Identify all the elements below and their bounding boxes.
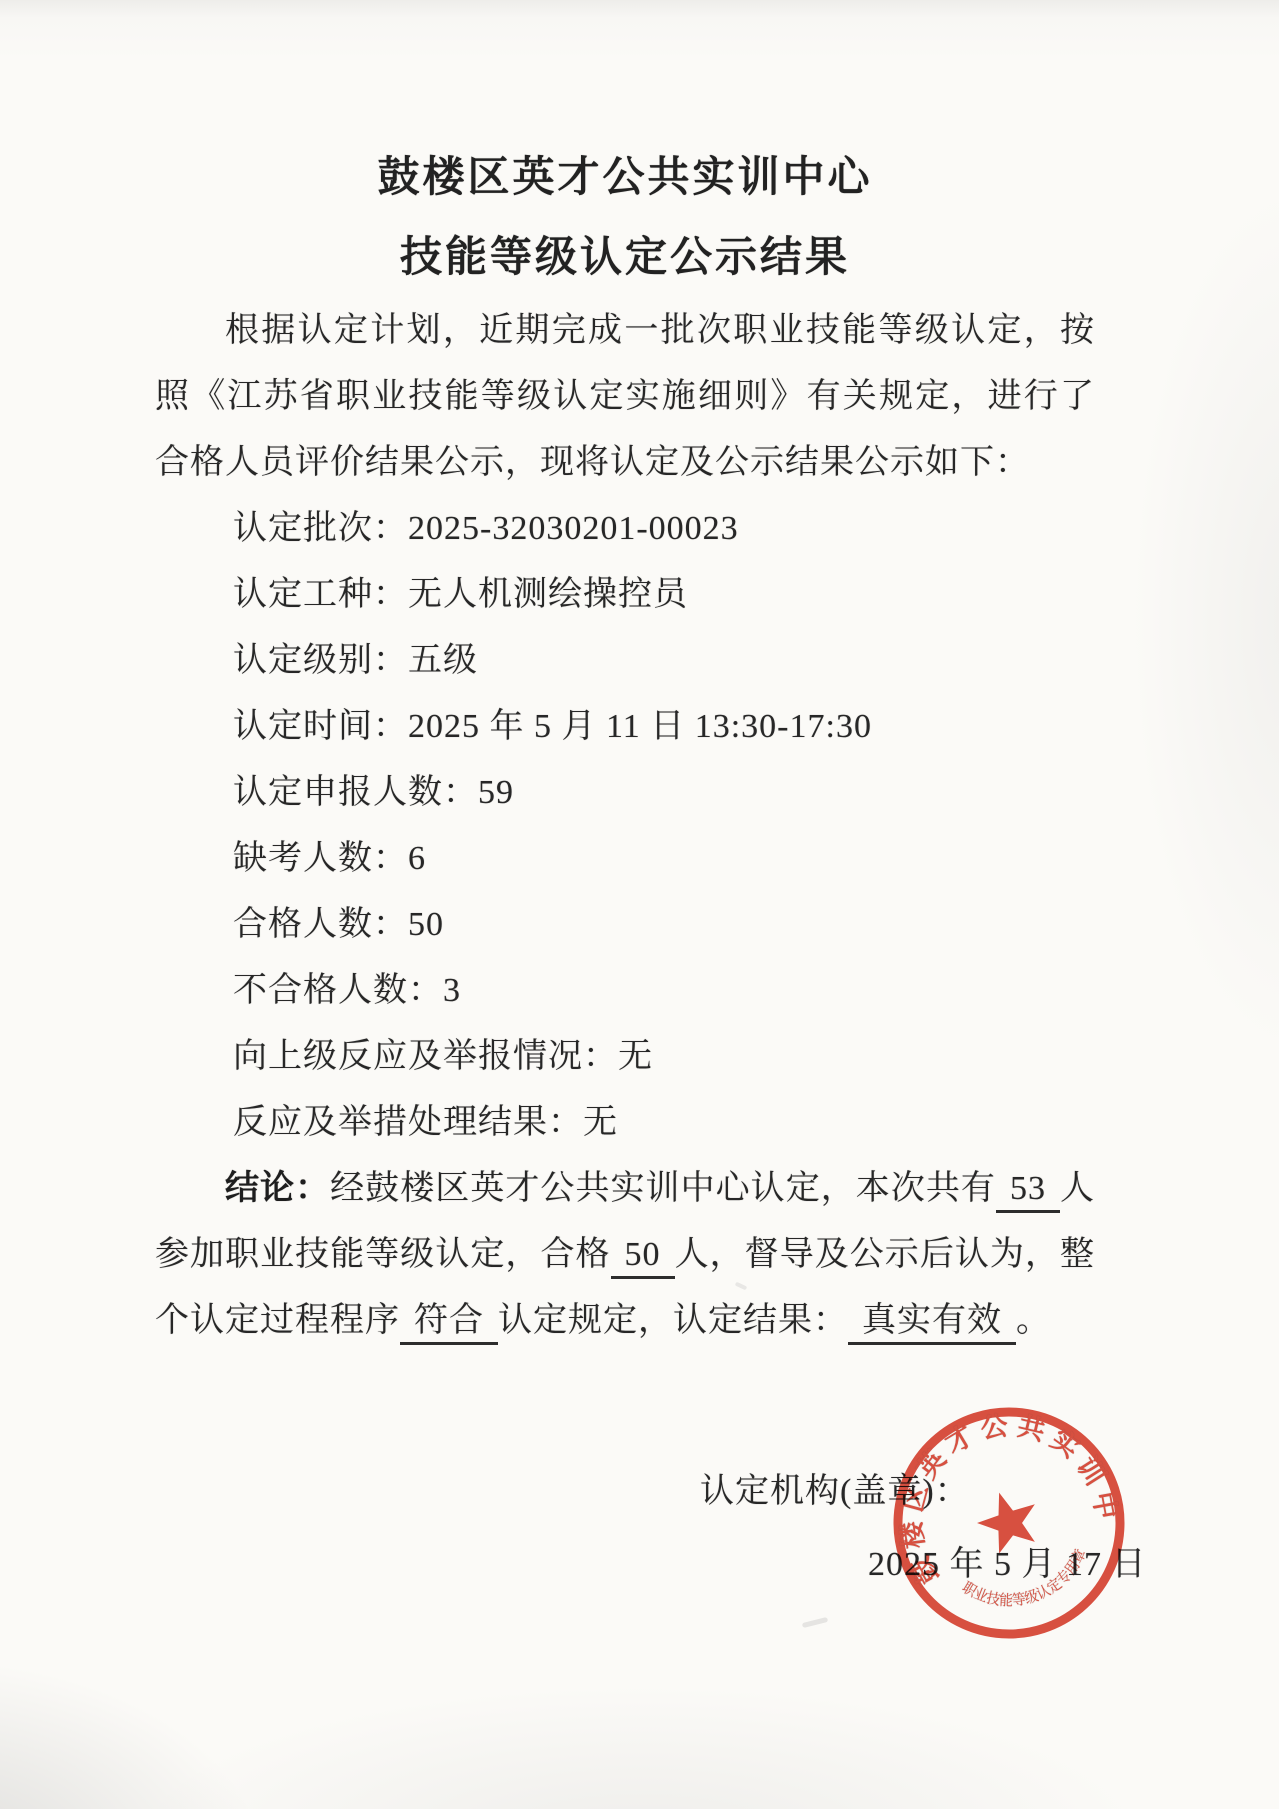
field-row-batch: 认定批次：2025-32030201-00023 bbox=[155, 496, 1095, 562]
field-label: 认定申报人数： bbox=[233, 774, 478, 811]
official-seal: 鼓楼区英才公共实训中心 职业技能等级认定专用章 bbox=[884, 1398, 1134, 1648]
conclusion-blank-passed: 50 bbox=[611, 1236, 675, 1279]
conclusion-lead: 结论： bbox=[225, 1170, 330, 1207]
field-row-time: 认定时间：2025 年 5 月 11 日 13:30-17:30 bbox=[155, 694, 1095, 760]
title-line-1: 鼓楼区英才公共实训中心 bbox=[155, 138, 1095, 218]
field-value: 50 bbox=[408, 906, 444, 943]
field-value: 无 bbox=[583, 1104, 618, 1141]
document-body: 鼓楼区英才公共实训中心 技能等级认定公示结果 根据认定计划，近期完成一批次职业技… bbox=[155, 0, 1095, 1354]
document-page: 鼓楼区英才公共实训中心 技能等级认定公示结果 根据认定计划，近期完成一批次职业技… bbox=[0, 0, 1279, 1809]
field-row-occupation: 认定工种：无人机测绘操控员 bbox=[155, 562, 1095, 628]
field-label: 认定工种： bbox=[233, 576, 408, 613]
field-value: 2025-32030201-00023 bbox=[408, 510, 739, 547]
field-label: 反应及举措处理结果： bbox=[233, 1104, 583, 1141]
field-value: 6 bbox=[408, 840, 426, 877]
conclusion-blank-result: 真实有效 bbox=[848, 1302, 1016, 1345]
field-row-passed: 合格人数：50 bbox=[155, 892, 1095, 958]
conclusion-blank-participants: 53 bbox=[996, 1170, 1060, 1213]
field-row-failed: 不合格人数：3 bbox=[155, 958, 1095, 1024]
title-line-2: 技能等级认定公示结果 bbox=[155, 218, 1095, 298]
field-row-reports: 向上级反应及举报情况：无 bbox=[155, 1024, 1095, 1090]
field-label: 向上级反应及举报情况： bbox=[233, 1038, 618, 1075]
field-row-absent: 缺考人数：6 bbox=[155, 826, 1095, 892]
field-value: 59 bbox=[478, 774, 514, 811]
conclusion-text-4: 认定规定，认定结果： bbox=[498, 1302, 848, 1339]
field-value: 无 bbox=[618, 1038, 653, 1075]
field-label: 认定级别： bbox=[233, 642, 408, 679]
field-row-level: 认定级别：五级 bbox=[155, 628, 1095, 694]
seal-star-icon bbox=[970, 1483, 1046, 1557]
conclusion-text-1: 经鼓楼区英才公共实训中心认定，本次共有 bbox=[330, 1170, 996, 1207]
field-row-applicants: 认定申报人数：59 bbox=[155, 760, 1095, 826]
field-label: 缺考人数： bbox=[233, 840, 408, 877]
field-label: 不合格人数： bbox=[233, 972, 443, 1009]
field-value: 3 bbox=[443, 972, 461, 1009]
field-row-handling: 反应及举措处理结果：无 bbox=[155, 1090, 1095, 1156]
conclusion-paragraph: 结论：经鼓楼区英才公共实训中心认定，本次共有53人参加职业技能等级认定，合格50… bbox=[155, 1156, 1095, 1354]
field-value: 五级 bbox=[408, 642, 478, 679]
field-value: 2025 年 5 月 11 日 13:30-17:30 bbox=[408, 708, 872, 745]
conclusion-blank-compliance: 符合 bbox=[400, 1302, 498, 1345]
field-value: 无人机测绘操控员 bbox=[408, 576, 688, 613]
field-label: 认定时间： bbox=[233, 708, 408, 745]
field-label: 认定批次： bbox=[233, 510, 408, 547]
conclusion-text-5: 。 bbox=[1016, 1302, 1051, 1339]
intro-paragraph: 根据认定计划，近期完成一批次职业技能等级认定，按照《江苏省职业技能等级认定实施细… bbox=[155, 298, 1095, 496]
document-titles: 鼓楼区英才公共实训中心 技能等级认定公示结果 bbox=[155, 0, 1095, 298]
field-label: 合格人数： bbox=[233, 906, 408, 943]
seal-ring-text: 鼓楼区英才公共实训中心 bbox=[884, 1398, 1127, 1599]
scan-speck bbox=[802, 1617, 828, 1628]
